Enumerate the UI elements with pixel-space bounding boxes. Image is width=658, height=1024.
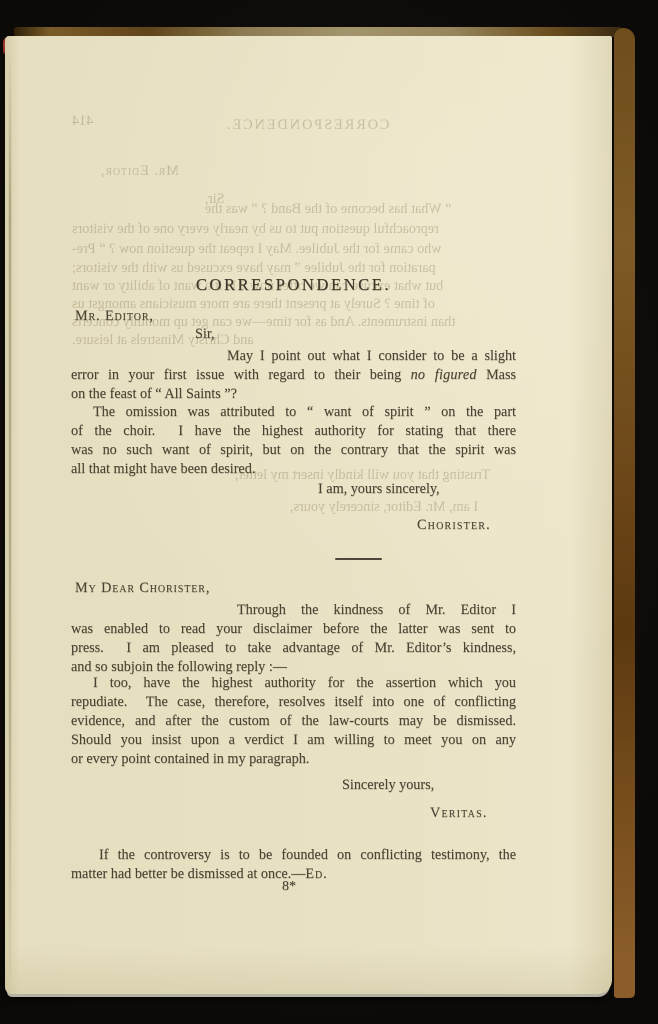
text-line: was no such want of spirit, but on the c… — [71, 441, 516, 460]
text-line: of the choir. I have the highest authori… — [71, 422, 516, 441]
letter2-paragraph-1: Through the kindness of Mr. Editor I was… — [71, 601, 516, 677]
text-line: I too, have the highest authority for th… — [71, 674, 516, 693]
italic-phrase: no figured — [411, 367, 477, 383]
text-line: repudiate. The case, therefore, resolves… — [71, 693, 516, 712]
letter2-signature: Veritas. — [430, 804, 658, 823]
text-segment: Mass — [486, 367, 516, 383]
text-line: Through the kindness of Mr. Editor I — [71, 601, 516, 620]
printers-signature-mark: 8* — [269, 877, 309, 896]
text-line: all that might have been desired. — [71, 460, 516, 479]
text-line: May I point out what I consider to be a … — [71, 347, 516, 366]
text-line: error in your first issue with regard to… — [71, 366, 516, 385]
text-line: on the feast of “ All Saints ”? — [71, 385, 516, 404]
gutter-crease — [9, 48, 11, 978]
page-title: CORRESPONDENCE. — [71, 275, 516, 294]
text-column: CORRESPONDENCE. Mr. Editor, Sir, May I p… — [71, 36, 516, 994]
letter1-closing: I am, yours sincerely, — [318, 480, 658, 499]
letter1-signature: Chorister. — [417, 516, 658, 535]
letter1-paragraph-2: The omission was attributed to “ want of… — [71, 403, 516, 479]
text-line: press. I am pleased to take advantage of… — [71, 639, 516, 658]
book-page: 414CORRESPONDENCE.Mr. Editor,Sir,“ What … — [5, 36, 612, 994]
text-line: If the controversy is to be founded on c… — [71, 846, 516, 865]
letter1-salutation: Mr. Editor, — [75, 307, 520, 326]
letter1-paragraph-1: May I point out what I consider to be a … — [71, 347, 516, 404]
letter2-paragraph-2: I too, have the highest authority for th… — [71, 674, 516, 769]
text-segment: error in your first issue with regard to… — [71, 367, 401, 383]
letter2-salutation: My Dear Chorister, — [75, 579, 520, 598]
letter2-closing: Sincerely yours, — [342, 776, 658, 795]
text-line: Should you insist upon a verdict I am wi… — [71, 731, 516, 750]
text-line: The omission was attributed to “ want of… — [71, 403, 516, 422]
text-line: evidence, and after the custom of the la… — [71, 712, 516, 731]
text-line: was enabled to read your disclaimer befo… — [71, 620, 516, 639]
book-cover-right-edge — [614, 28, 635, 998]
text-line: or every point contained in my paragraph… — [71, 750, 516, 769]
photo-background: 414CORRESPONDENCE.Mr. Editor,Sir,“ What … — [0, 0, 658, 1024]
letter1-greeting: Sir, — [195, 325, 640, 344]
section-divider-rule — [335, 558, 382, 560]
